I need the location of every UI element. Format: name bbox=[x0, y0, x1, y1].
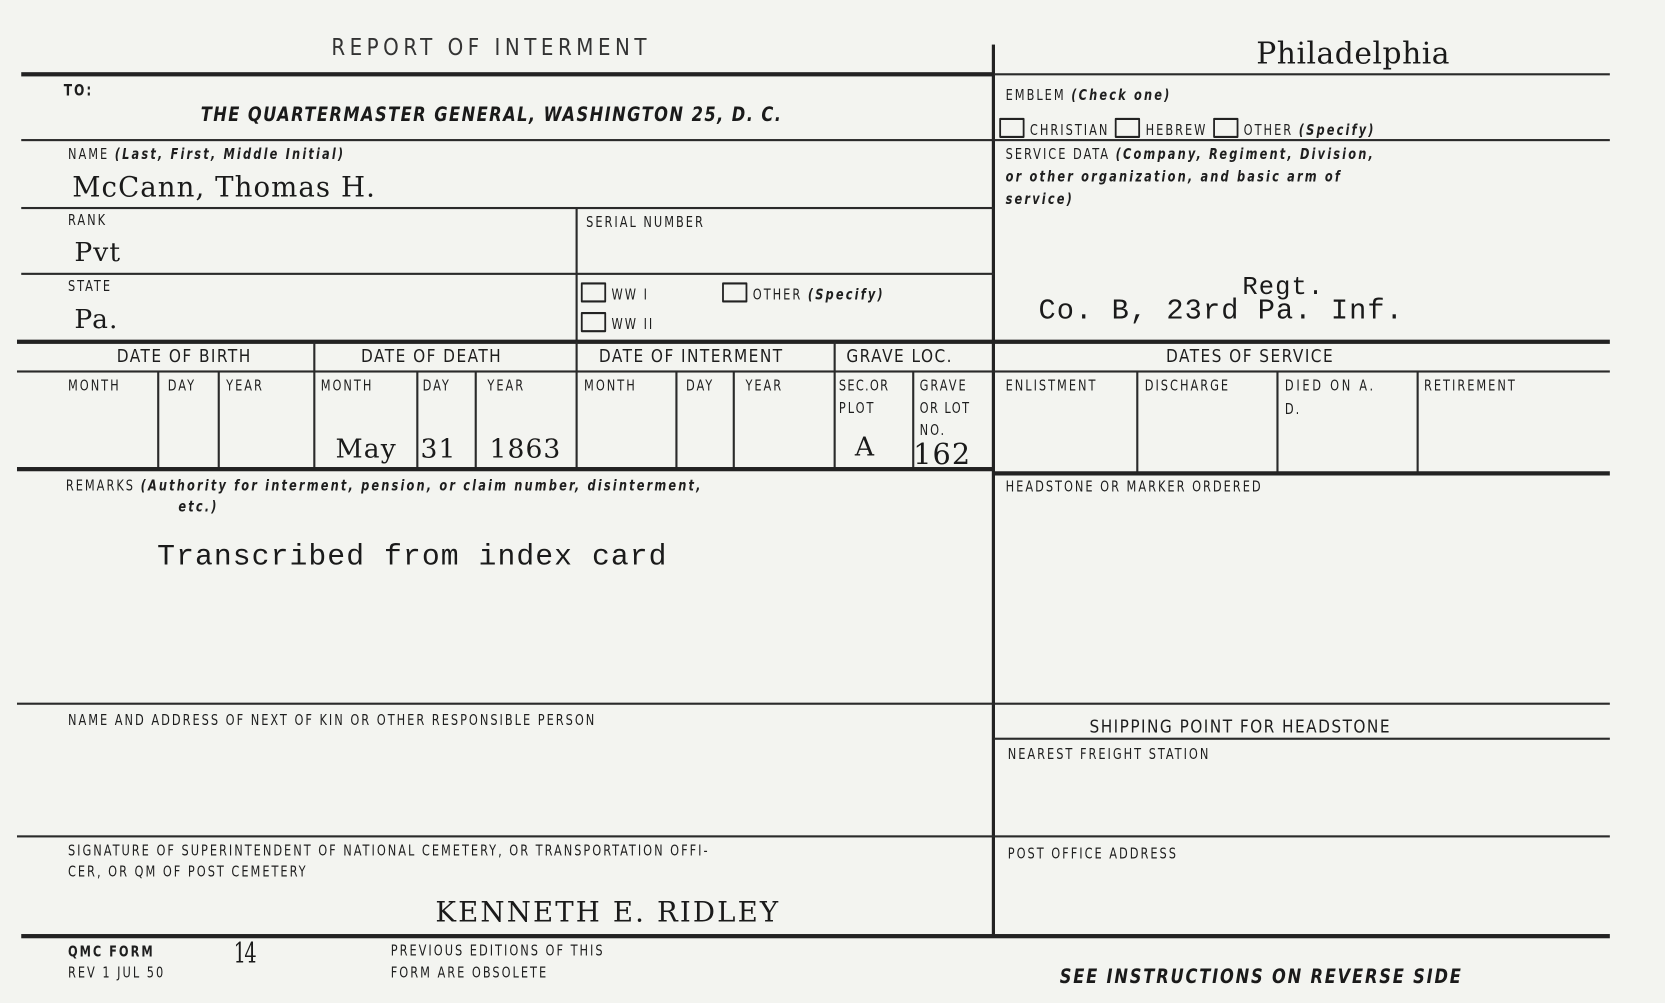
grave-loc-header: GRAVE LOC. bbox=[846, 346, 953, 367]
name-label: NAME (Last, First, Middle Initial) bbox=[68, 146, 345, 163]
rule bbox=[1276, 371, 1278, 473]
form-label: QMC FORM bbox=[68, 944, 155, 961]
died-on-ad-label: D. bbox=[1285, 401, 1301, 418]
rule bbox=[313, 342, 315, 469]
remarks-value[interactable]: Transcribed from index card bbox=[157, 541, 667, 574]
name-value[interactable]: McCann, Thomas H. bbox=[72, 172, 376, 204]
birth-year-label: YEAR bbox=[226, 378, 264, 395]
date-of-birth-header: DATE OF BIRTH bbox=[117, 346, 252, 367]
post-office-label: POST OFFICE ADDRESS bbox=[1008, 846, 1178, 863]
service-data-hint: service) bbox=[1006, 191, 1074, 208]
date-of-interment-header: DATE OF INTERMENT bbox=[599, 346, 784, 367]
emblem-options: CHRISTIAN HEBREW OTHER (Specify) bbox=[999, 118, 1375, 139]
rule bbox=[733, 371, 735, 469]
sec-plot-label: SEC.OR bbox=[839, 378, 889, 395]
freight-station-label: NEAREST FREIGHT STATION bbox=[1008, 746, 1211, 763]
rule bbox=[17, 467, 994, 471]
checkbox-icon[interactable] bbox=[581, 312, 606, 332]
to-value: THE QUARTERMASTER GENERAL, WASHINGTON 25… bbox=[201, 104, 783, 126]
sec-plot-value[interactable]: A bbox=[855, 431, 875, 462]
rule bbox=[21, 72, 994, 76]
birth-day-label: DAY bbox=[168, 378, 196, 395]
rule bbox=[475, 371, 477, 469]
rule bbox=[21, 207, 994, 209]
headstone-label: HEADSTONE OR MARKER ORDERED bbox=[1006, 479, 1263, 496]
signature-label: SIGNATURE OF SUPERINTENDENT OF NATIONAL … bbox=[68, 843, 710, 860]
rule bbox=[218, 371, 220, 469]
retirement-label: RETIREMENT bbox=[1424, 378, 1517, 395]
interment-day-label: DAY bbox=[686, 378, 714, 395]
form-title: REPORT OF INTERMENT bbox=[331, 35, 651, 62]
rule bbox=[416, 371, 418, 469]
interment-month-label: MONTH bbox=[584, 378, 637, 395]
obsolete-note: PREVIOUS EDITIONS OF THIS bbox=[391, 943, 605, 960]
rule bbox=[21, 273, 994, 275]
checkbox-icon[interactable] bbox=[722, 282, 747, 302]
shipping-point-header: SHIPPING POINT FOR HEADSTONE bbox=[1090, 716, 1391, 737]
state-value[interactable]: Pa. bbox=[74, 304, 118, 335]
rule bbox=[17, 370, 1610, 372]
interment-report-form: REPORT OF INTERMENT Philadelphia TO: THE… bbox=[0, 0, 1665, 1003]
center-divider bbox=[992, 45, 995, 937]
grave-lot-value[interactable]: 162 bbox=[913, 438, 971, 471]
reverse-instructions: SEE INSTRUCTIONS ON REVERSE SIDE bbox=[1060, 966, 1463, 988]
rule bbox=[834, 342, 836, 469]
death-day-label: DAY bbox=[423, 378, 451, 395]
rule bbox=[21, 139, 1610, 141]
serial-number-label: SERIAL NUMBER bbox=[586, 214, 705, 231]
rule bbox=[994, 73, 1610, 75]
interment-year-label: YEAR bbox=[745, 378, 783, 395]
grave-lot-label: OR LOT bbox=[920, 400, 971, 417]
war-other-checkbox[interactable]: OTHER (Specify) bbox=[722, 282, 885, 303]
signature-value[interactable]: KENNETH E. RIDLEY bbox=[435, 897, 780, 929]
rule bbox=[17, 340, 1610, 344]
death-year-value[interactable]: 1863 bbox=[490, 433, 562, 464]
remarks-hint: etc.) bbox=[178, 499, 218, 516]
grave-lot-label: NO. bbox=[920, 422, 947, 439]
emblem-hebrew-checkbox[interactable]: HEBREW bbox=[1115, 122, 1207, 139]
death-day-value[interactable]: 31 bbox=[421, 433, 457, 464]
date-of-death-header: DATE OF DEATH bbox=[361, 346, 502, 367]
rank-label: RANK bbox=[68, 212, 107, 229]
service-data-hint: or other organization, and basic arm of bbox=[1006, 169, 1342, 186]
death-month-value[interactable]: May bbox=[336, 433, 397, 464]
rule bbox=[17, 703, 1610, 705]
checkbox-icon[interactable] bbox=[1213, 118, 1238, 138]
rule bbox=[994, 738, 1610, 740]
obsolete-note: FORM ARE OBSOLETE bbox=[391, 965, 548, 982]
checkbox-icon[interactable] bbox=[581, 282, 606, 302]
birth-month-label: MONTH bbox=[68, 378, 121, 395]
emblem-label: EMBLEM (Check one) bbox=[1006, 87, 1172, 104]
service-data-label: SERVICE DATA (Company, Regiment, Divisio… bbox=[1006, 146, 1375, 163]
checkbox-icon[interactable] bbox=[999, 118, 1024, 138]
discharge-label: DISCHARGE bbox=[1145, 378, 1230, 395]
rule bbox=[1136, 371, 1138, 473]
sec-plot-label: PLOT bbox=[839, 400, 876, 417]
grave-lot-label: GRAVE bbox=[920, 378, 968, 395]
rule bbox=[157, 371, 159, 469]
remarks-label: REMARKS (Authority for interment, pensio… bbox=[66, 478, 703, 495]
emblem-other-checkbox[interactable]: OTHER (Specify) bbox=[1213, 122, 1376, 139]
rule bbox=[576, 342, 578, 469]
enlistment-label: ENLISTMENT bbox=[1006, 378, 1098, 395]
service-data-value[interactable]: Co. B, 23rd Pa. Inf. bbox=[1039, 296, 1404, 328]
form-number: 14 bbox=[234, 938, 256, 970]
death-month-label: MONTH bbox=[321, 378, 374, 395]
death-year-label: YEAR bbox=[487, 378, 525, 395]
rule bbox=[1417, 371, 1419, 473]
died-on-ad-label: DIED ON A. bbox=[1285, 378, 1376, 395]
form-revision: REV 1 JUL 50 bbox=[68, 965, 165, 982]
rule bbox=[994, 471, 1610, 475]
emblem-christian-checkbox[interactable]: CHRISTIAN bbox=[999, 122, 1109, 139]
signature-label: CER, OR QM OF POST CEMETERY bbox=[68, 864, 308, 881]
war-ww1-checkbox[interactable]: WW I bbox=[581, 282, 649, 303]
checkbox-icon[interactable] bbox=[1115, 118, 1140, 138]
dates-of-service-header: DATES OF SERVICE bbox=[1166, 346, 1334, 367]
rank-value[interactable]: Pvt bbox=[74, 237, 121, 268]
rule bbox=[675, 371, 677, 469]
state-label: STATE bbox=[68, 278, 112, 295]
rule bbox=[21, 934, 1610, 938]
to-label: TO: bbox=[64, 81, 94, 100]
war-ww2-checkbox[interactable]: WW II bbox=[581, 312, 654, 333]
next-of-kin-label: NAME AND ADDRESS OF NEXT OF KIN OR OTHER… bbox=[68, 712, 596, 729]
rule bbox=[17, 835, 1610, 837]
cemetery-name: Philadelphia bbox=[1256, 36, 1450, 71]
